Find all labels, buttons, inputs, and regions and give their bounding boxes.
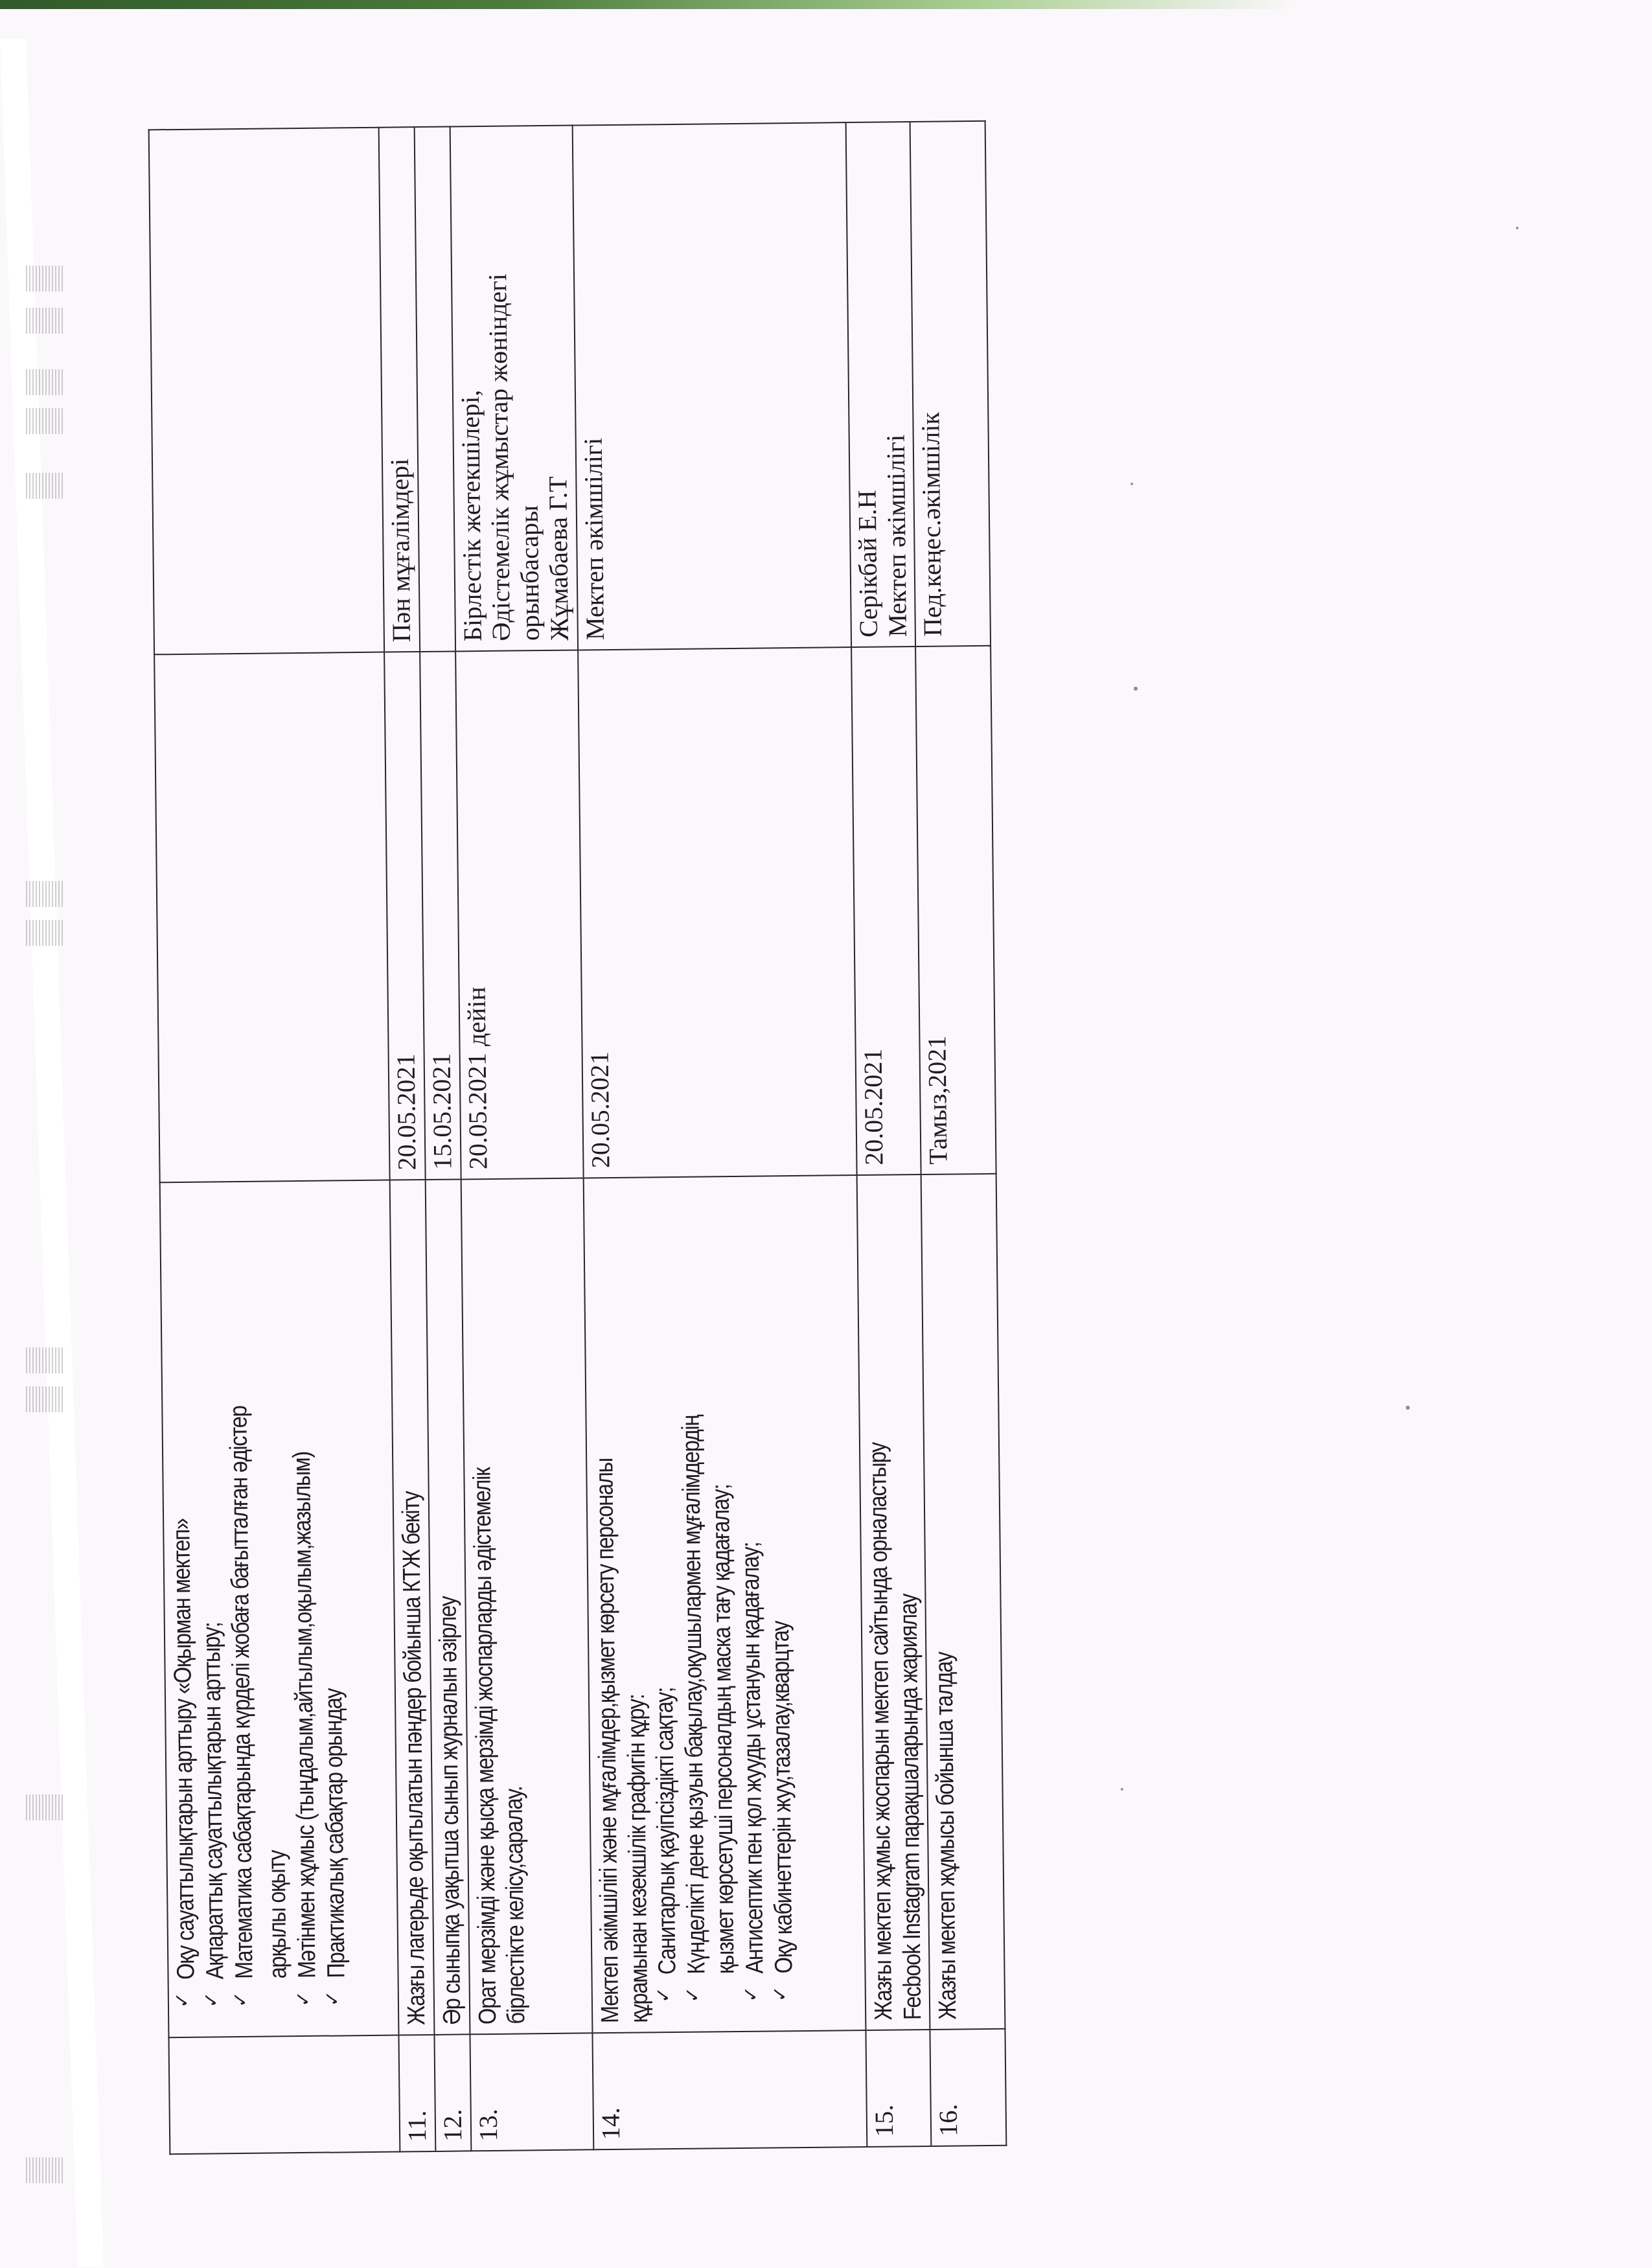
scan-artifact	[26, 920, 65, 946]
check-icon: ✓	[200, 1991, 222, 2008]
check-icon: ✓	[229, 1991, 251, 2007]
responsible-cell: Серікбай Е.Н Мектеп әкімшілігі	[845, 122, 915, 647]
scan-artifact	[26, 1386, 65, 1412]
responsible-cell: Пән мұғалімдері	[378, 127, 419, 652]
task-cell: Мектеп әкімшілігі және мұғалімдер,қызмет…	[583, 1175, 866, 2033]
responsible-cell: Пед.кеңес.әкімшілік	[910, 120, 990, 646]
rotated-document-page: ✓Оқу сауаттылықтарын арттыру «Оқырман ме…	[148, 122, 950, 2154]
work-plan-table: ✓Оқу сауаттылықтарын арттыру «Оқырман ме…	[148, 120, 1007, 2154]
scan-speck	[1121, 1788, 1123, 1791]
row-number: 15.	[866, 2029, 931, 2146]
row-number: 13.	[470, 2033, 593, 2151]
table-row: ✓Оқу сауаттылықтарын арттыру «Оқырман ме…	[148, 127, 400, 2154]
list-item: ✓Математика сабақтарында күрделі жобаға …	[221, 1191, 293, 2008]
scan-artifact	[26, 408, 65, 434]
responsible-cell: Бірлестік жетекшілері, Әдістемелік жұмыс…	[450, 125, 578, 651]
date-cell: 20.05.2021 дейін	[455, 650, 583, 1179]
scan-artifact	[26, 369, 65, 395]
check-icon: ✓	[769, 1986, 791, 2002]
scan-speck	[1516, 227, 1519, 229]
row-number-cell	[168, 2035, 400, 2154]
check-icon: ✓	[682, 1986, 704, 2002]
date-cell: 20.05.2021	[384, 652, 425, 1180]
scan-speck	[1134, 687, 1138, 691]
row-number: 16.	[930, 2028, 1006, 2146]
scan-artifact	[26, 2157, 65, 2183]
check-icon: ✓	[653, 1986, 675, 2002]
date-cell	[154, 652, 390, 1182]
date-cell: Тамыз,2021	[915, 645, 996, 1174]
task-cell: Орат мерзімді және қысқа мерзімді жоспар…	[461, 1178, 592, 2034]
scan-artifact	[26, 473, 65, 499]
scan-artifact	[26, 1794, 65, 1820]
check-icon: ✓	[292, 1990, 314, 2006]
task-checklist: ✓Санитарлық қауіпсіздікті сақтау; ✓Күнде…	[645, 1186, 798, 2022]
check-icon: ✓	[321, 1990, 343, 2006]
check-icon: ✓	[171, 1991, 193, 2008]
check-icon: ✓	[740, 1986, 762, 2002]
scan-artifact	[26, 881, 65, 907]
responsible-cell	[148, 127, 384, 654]
date-cell: 15.05.2021	[419, 651, 460, 1180]
scan-artifact	[26, 308, 65, 334]
row-number: 11.	[398, 2034, 435, 2151]
scan-speck	[1406, 1406, 1410, 1410]
date-cell: 20.05.2021	[851, 647, 921, 1175]
scan-artifact	[26, 266, 65, 292]
row-number: 14.	[592, 2030, 867, 2149]
task-cell: Жазғы мектеп жұмысы бойынша талдау	[921, 1173, 1005, 2029]
scan-speck	[1130, 483, 1133, 485]
scan-artifact	[26, 1347, 65, 1373]
responsible-cell: Мектеп әкімшілігі	[572, 122, 851, 650]
task-cell: Жазғы мектеп жұмыс жоспарын мектеп сайты…	[856, 1174, 930, 2030]
responsible-cell	[414, 126, 455, 652]
list-item: ✓Күнделікті дене қызуын бақылау,оқушылар…	[673, 1186, 740, 2003]
table-row: 14. Мектеп әкімшілігі және мұғалімдер,қы…	[572, 122, 867, 2149]
task-cell: ✓Оқу сауаттылықтарын арттыру «Оқырман ме…	[159, 1180, 398, 2037]
table-row: 13. Орат мерзімді және қысқа мерзімді жо…	[450, 125, 593, 2151]
scanner-top-band	[0, 0, 1296, 9]
task-checklist: ✓Оқу сауаттылықтарын арттыру «Оқырман ме…	[163, 1190, 350, 2028]
date-cell: 20.05.2021	[577, 647, 856, 1178]
row-number: 12.	[434, 2034, 471, 2151]
